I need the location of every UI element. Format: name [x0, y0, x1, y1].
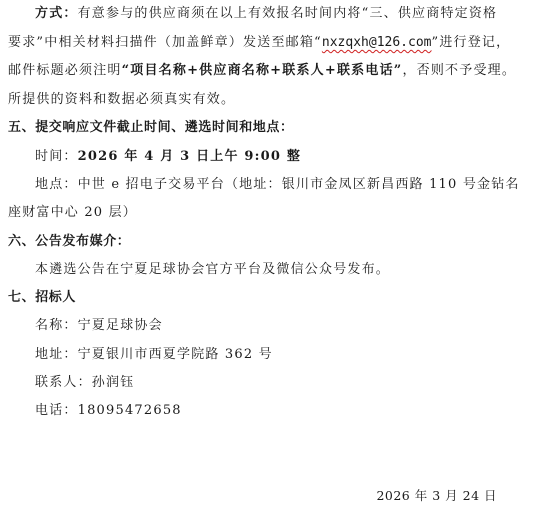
section-6-heading: 六、公告发布媒介： — [8, 233, 525, 251]
method-line-2: 要求”中相关材料扫描件（加盖鲜章）发送至邮箱“nxzqxh@126.com”进行… — [8, 34, 525, 52]
tenderer-phone: 电话：18095472658 — [35, 402, 525, 420]
place-line-2: 座财富中心 20 层） — [8, 204, 525, 222]
tenderer-contact: 联系人：孙润钰 — [35, 374, 525, 392]
time-label: 时间： — [35, 149, 78, 164]
announcement-date: 2026 年 3 月 24 日 — [376, 487, 497, 505]
publication-text: 本遴选公告在宁夏足球协会官方平台及微信公众号发布。 — [35, 261, 525, 279]
email-subject-format: “项目名称+供应商名称+联系人+联系电话” — [122, 63, 403, 78]
tenderer-name: 名称：宁夏足球协会 — [35, 317, 525, 335]
email-link[interactable]: nxzqxh@126.com — [322, 35, 432, 50]
method-line-1: 方式：有意参与的供应商须在以上有效报名时间内将“三、供应商特定资格 — [35, 5, 525, 23]
method-label: 方式： — [35, 6, 78, 21]
method-text-3b: ，否则不予受理。 — [402, 63, 516, 78]
place-line-1: 地点：中世 e 招电子交易平台（地址：银川市金凤区新昌西路 110 号金钻名 — [35, 176, 525, 194]
time-value: 2026 年 4 月 3 日上午 9:00 整 — [78, 149, 302, 164]
tenderer-address: 地址：宁夏银川市西夏学院路 362 号 — [35, 346, 525, 364]
method-line-3: 邮件标题必须注明“项目名称+供应商名称+联系人+联系电话”，否则不予受理。 — [8, 62, 525, 80]
method-text-2a: 要求”中相关材料扫描件（加盖鲜章）发送至邮箱“ — [8, 35, 322, 50]
section-5-heading: 五、提交响应文件截止时间、遴选时间和地点： — [8, 119, 525, 137]
method-line-4: 所提供的资料和数据必须真实有效。 — [8, 91, 525, 109]
method-text-1: 有意参与的供应商须在以上有效报名时间内将“三、供应商特定资格 — [78, 6, 498, 21]
section-7-heading: 七、招标人 — [8, 289, 525, 307]
method-text-2b: ”进行登记， — [431, 35, 510, 50]
method-text-3a: 邮件标题必须注明 — [8, 63, 122, 78]
deadline-time: 时间：2026 年 4 月 3 日上午 9:00 整 — [35, 148, 525, 166]
